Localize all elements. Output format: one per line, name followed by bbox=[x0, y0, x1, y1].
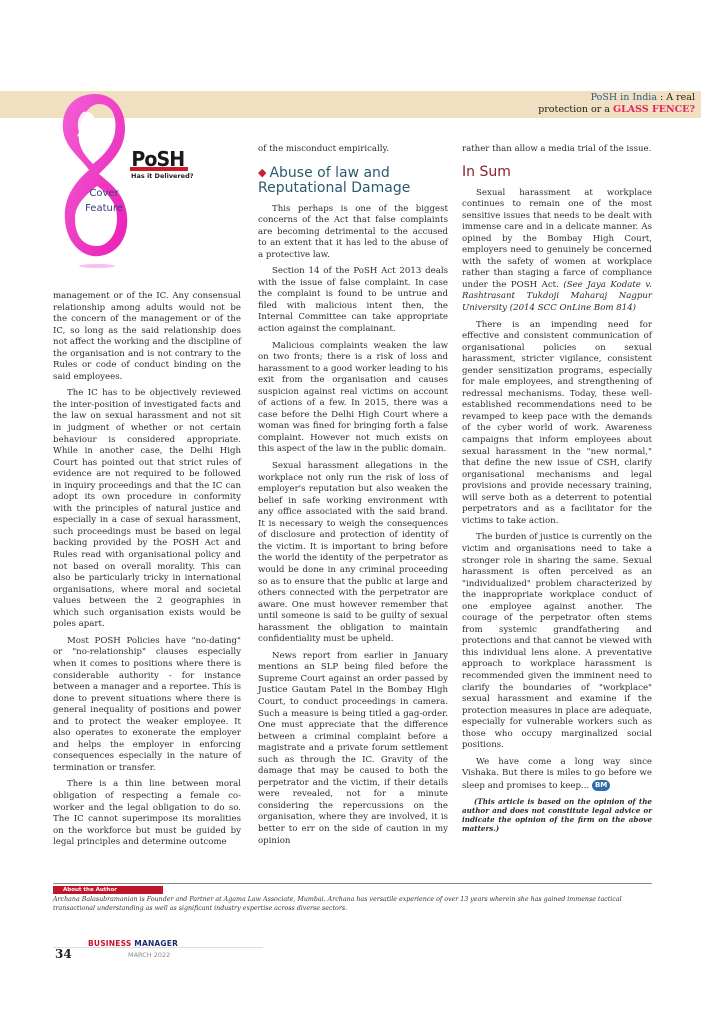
about-author-text: Archana Balasubramanian is Founder and P… bbox=[53, 895, 658, 913]
paragraph: We have come a long way since Vishaka. B… bbox=[462, 757, 652, 793]
title-sep: : A real bbox=[657, 92, 695, 103]
bm-end-mark-icon: BM bbox=[592, 780, 610, 791]
posh-red-strip bbox=[130, 167, 188, 171]
paragraph: News report from earlier in January ment… bbox=[258, 651, 448, 847]
article-column-2: of the misconduct empirically. ◆Abuse of… bbox=[258, 144, 448, 852]
paragraph: Most POSH Policies have "no-dating" or "… bbox=[53, 636, 241, 775]
paragraph: Malicious complaints weaken the law on t… bbox=[258, 341, 448, 456]
paragraph: Sexual harassment allegations in the wor… bbox=[258, 461, 448, 646]
article-column-1: management or of the IC. Any consensual … bbox=[53, 291, 241, 854]
paragraph: rather than allow a media trial of the i… bbox=[462, 144, 652, 156]
subheading-in-sum: In Sum bbox=[462, 165, 652, 180]
paragraph: management or of the IC. Any consensual … bbox=[53, 291, 241, 383]
woman-silhouette-figure8-logo-icon bbox=[55, 90, 135, 270]
feature-text: Feature bbox=[82, 201, 126, 216]
about-author-label: About the Author bbox=[53, 886, 163, 894]
subheading-abuse-of-law: ◆Abuse of law and Reputational Damage bbox=[258, 165, 448, 196]
subheading-text: Abuse of law and Reputational Damage bbox=[258, 165, 410, 196]
paragraph: The IC has to be objectively reviewed th… bbox=[53, 388, 241, 630]
divider bbox=[53, 883, 652, 884]
issue-date: MARCH 2022 bbox=[128, 951, 170, 959]
title-highlight: GLASS FENCE? bbox=[613, 104, 695, 115]
paragraph: There is a thin line between moral oblig… bbox=[53, 779, 241, 848]
closing-text: We have come a long way since Vishaka. B… bbox=[462, 757, 652, 791]
paragraph-text: Sexual harassment at workplace continues… bbox=[462, 188, 652, 290]
cover-feature-label: Cover Feature bbox=[82, 186, 126, 216]
paragraph: Section 14 of the PoSH Act 2013 deals wi… bbox=[258, 266, 448, 335]
paragraph: Sexual harassment at workplace continues… bbox=[462, 188, 652, 315]
posh-tagline: Has it Delivered? bbox=[131, 172, 194, 180]
paragraph: of the misconduct empirically. bbox=[258, 144, 448, 156]
page-number: 34 bbox=[55, 947, 72, 961]
title-posh-india: PoSH in India bbox=[591, 92, 657, 103]
disclaimer: (This article is based on the opinion of… bbox=[462, 797, 652, 833]
title-line2: protection or a bbox=[538, 104, 613, 115]
paragraph: The burden of justice is currently on th… bbox=[462, 532, 652, 751]
posh-wordmark: PoSH bbox=[131, 150, 184, 168]
diamond-bullet-icon: ◆ bbox=[258, 166, 266, 179]
cover-text: Cover bbox=[82, 186, 126, 201]
article-column-3: rather than allow a media trial of the i… bbox=[462, 144, 652, 838]
section-title: PoSH in India : A real protection or a G… bbox=[538, 92, 695, 116]
paragraph: There is an impending need for effective… bbox=[462, 320, 652, 528]
footer-divider bbox=[53, 947, 263, 948]
paragraph: This perhaps is one of the biggest conce… bbox=[258, 204, 448, 262]
